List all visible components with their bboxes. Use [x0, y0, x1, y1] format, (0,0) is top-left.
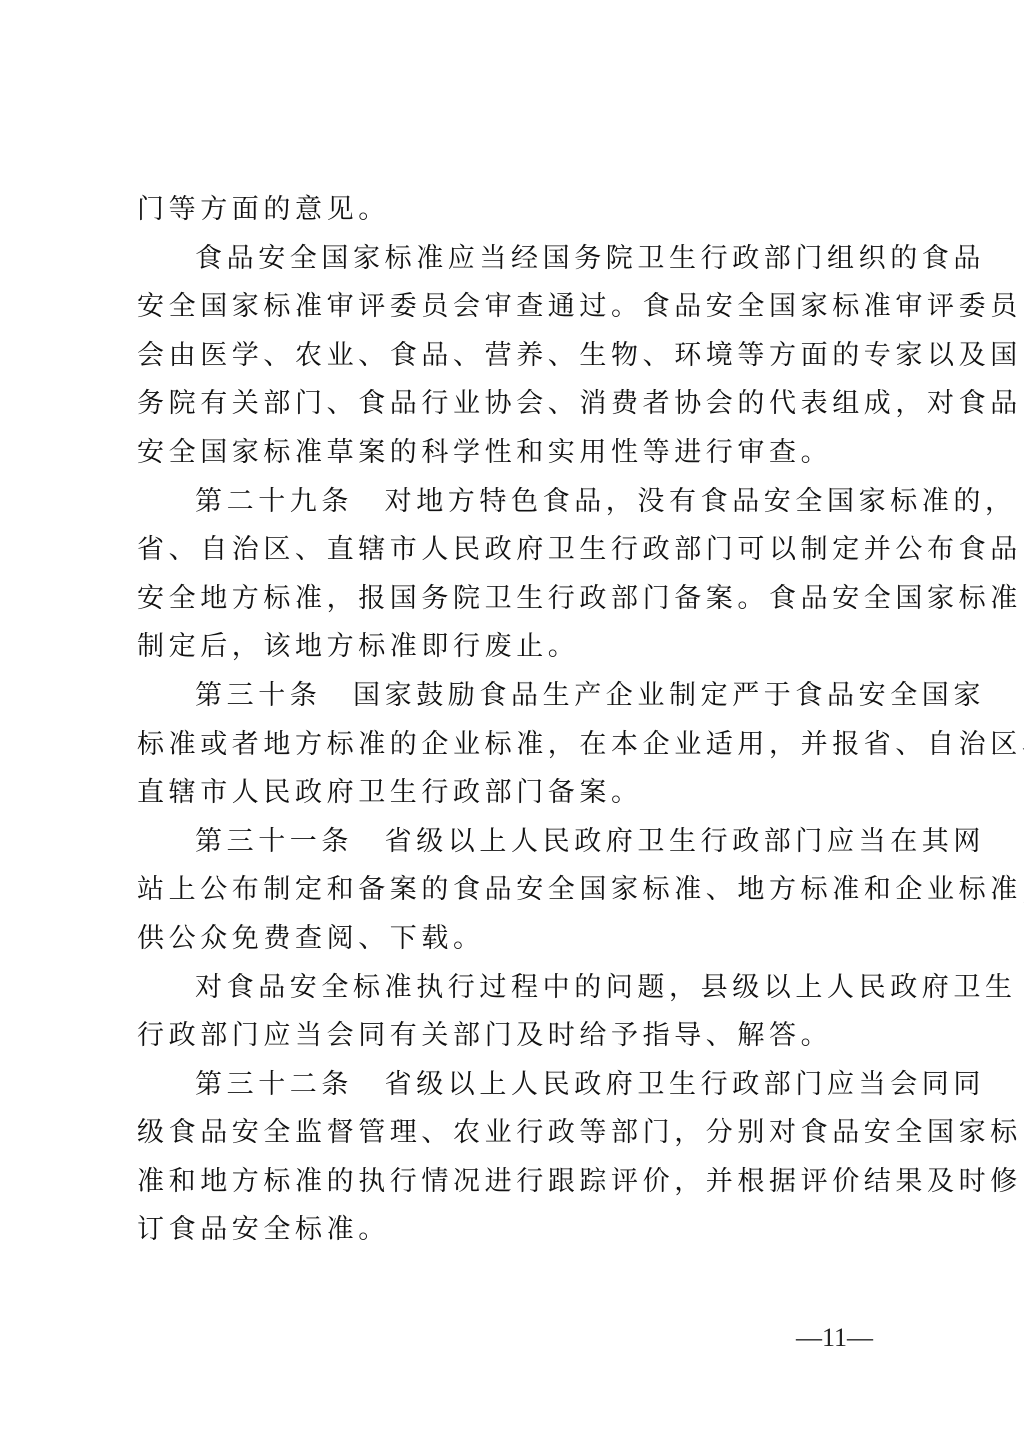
article-30-heading-line: 第三十条 国家鼓励食品生产企业制定严于食品安全国家: [137, 672, 907, 721]
text-line: 安全国家标准草案的科学性和实用性等进行审查。: [137, 429, 907, 478]
text-line: 会由医学、农业、食品、营养、生物、环境等方面的专家以及国: [137, 332, 907, 381]
text-line: 站上公布制定和备案的食品安全国家标准、地方标准和企业标准，: [137, 866, 907, 915]
article-32-heading-line: 第三十二条 省级以上人民政府卫生行政部门应当会同同: [137, 1061, 907, 1110]
text-line: 标准或者地方标准的企业标准，在本企业适用，并报省、自治区、: [137, 721, 907, 770]
page-number: —11—: [796, 1323, 873, 1353]
text-line: 行政部门应当会同有关部门及时给予指导、解答。: [137, 1012, 907, 1061]
document-page: 门等方面的意见。 食品安全国家标准应当经国务院卫生行政部门组织的食品 安全国家标…: [0, 0, 1024, 1450]
text-line: 级食品安全监督管理、农业行政等部门，分别对食品安全国家标: [137, 1109, 907, 1158]
text-line: 安全地方标准，报国务院卫生行政部门备案。食品安全国家标准: [137, 575, 907, 624]
text-line: 门等方面的意见。: [137, 186, 907, 235]
article-29-heading-line: 第二十九条 对地方特色食品，没有食品安全国家标准的，: [137, 478, 907, 527]
article-31-heading-line: 第三十一条 省级以上人民政府卫生行政部门应当在其网: [137, 818, 907, 867]
text-line: 供公众免费查阅、下载。: [137, 915, 907, 964]
text-line: 安全国家标准审评委员会审查通过。食品安全国家标准审评委员: [137, 283, 907, 332]
text-line: 对食品安全标准执行过程中的问题，县级以上人民政府卫生: [137, 964, 907, 1013]
body-text: 门等方面的意见。 食品安全国家标准应当经国务院卫生行政部门组织的食品 安全国家标…: [137, 186, 907, 1255]
text-line: 省、自治区、直辖市人民政府卫生行政部门可以制定并公布食品: [137, 526, 907, 575]
text-line: 订食品安全标准。: [137, 1206, 907, 1255]
text-line: 直辖市人民政府卫生行政部门备案。: [137, 769, 907, 818]
text-line: 制定后，该地方标准即行废止。: [137, 623, 907, 672]
text-line: 务院有关部门、食品行业协会、消费者协会的代表组成，对食品: [137, 380, 907, 429]
text-line: 准和地方标准的执行情况进行跟踪评价，并根据评价结果及时修: [137, 1158, 907, 1207]
text-line: 食品安全国家标准应当经国务院卫生行政部门组织的食品: [137, 235, 907, 284]
